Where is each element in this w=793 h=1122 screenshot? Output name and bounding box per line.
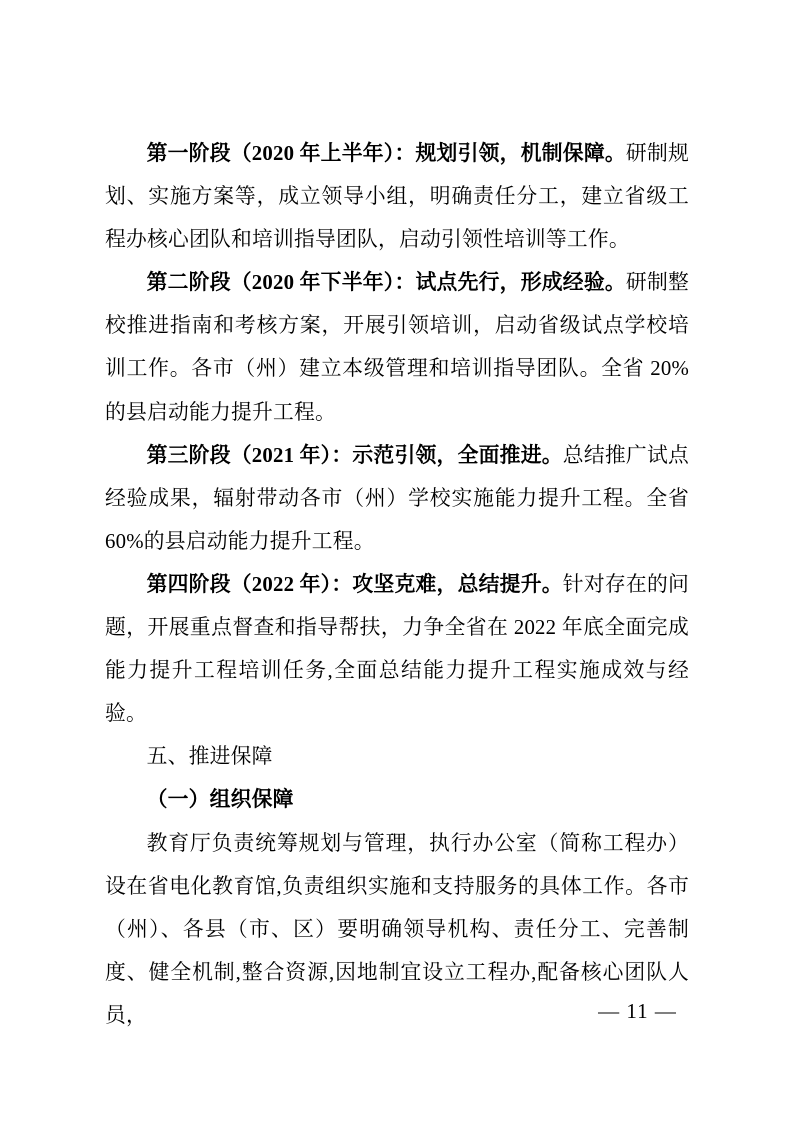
- organization-text: 教育厅负责统筹规划与管理，执行办公室（简称工程办）设在省电化教育馆,负责组织实施…: [105, 832, 689, 1027]
- stage-2-lead: 第二阶段（2020 年下半年）：试点先行，形成经验。: [147, 271, 626, 294]
- paragraph-stage-2: 第二阶段（2020 年下半年）：试点先行，形成经验。研制整校推进指南和考核方案，…: [105, 261, 689, 433]
- document-content: 第一阶段（2020 年上半年）：规划引领，机制保障。研制规划、实施方案等，成立领…: [105, 132, 689, 1037]
- stage-1-lead: 第一阶段（2020 年上半年）：规划引领，机制保障。: [147, 142, 626, 165]
- stage-3-lead: 第三阶段（2021 年）：示范引领，全面推进。: [147, 444, 563, 467]
- document-page: 第一阶段（2020 年上半年）：规划引领，机制保障。研制规划、实施方案等，成立领…: [0, 0, 793, 1122]
- stage-4-lead: 第四阶段（2022 年）：攻坚克难，总结提升。: [147, 573, 563, 596]
- page-number: — 11 —: [560, 999, 715, 1024]
- paragraph-stage-1: 第一阶段（2020 年上半年）：规划引领，机制保障。研制规划、实施方案等，成立领…: [105, 132, 689, 261]
- subsection-heading: （一）组织保障: [105, 778, 689, 821]
- section-heading: 五、推进保障: [105, 735, 689, 778]
- paragraph-stage-3: 第三阶段（2021 年）：示范引领，全面推进。总结推广试点经验成果，辐射带动各市…: [105, 434, 689, 563]
- paragraph-stage-4: 第四阶段（2022 年）：攻坚克难，总结提升。针对存在的问题，开展重点督查和指导…: [105, 563, 689, 735]
